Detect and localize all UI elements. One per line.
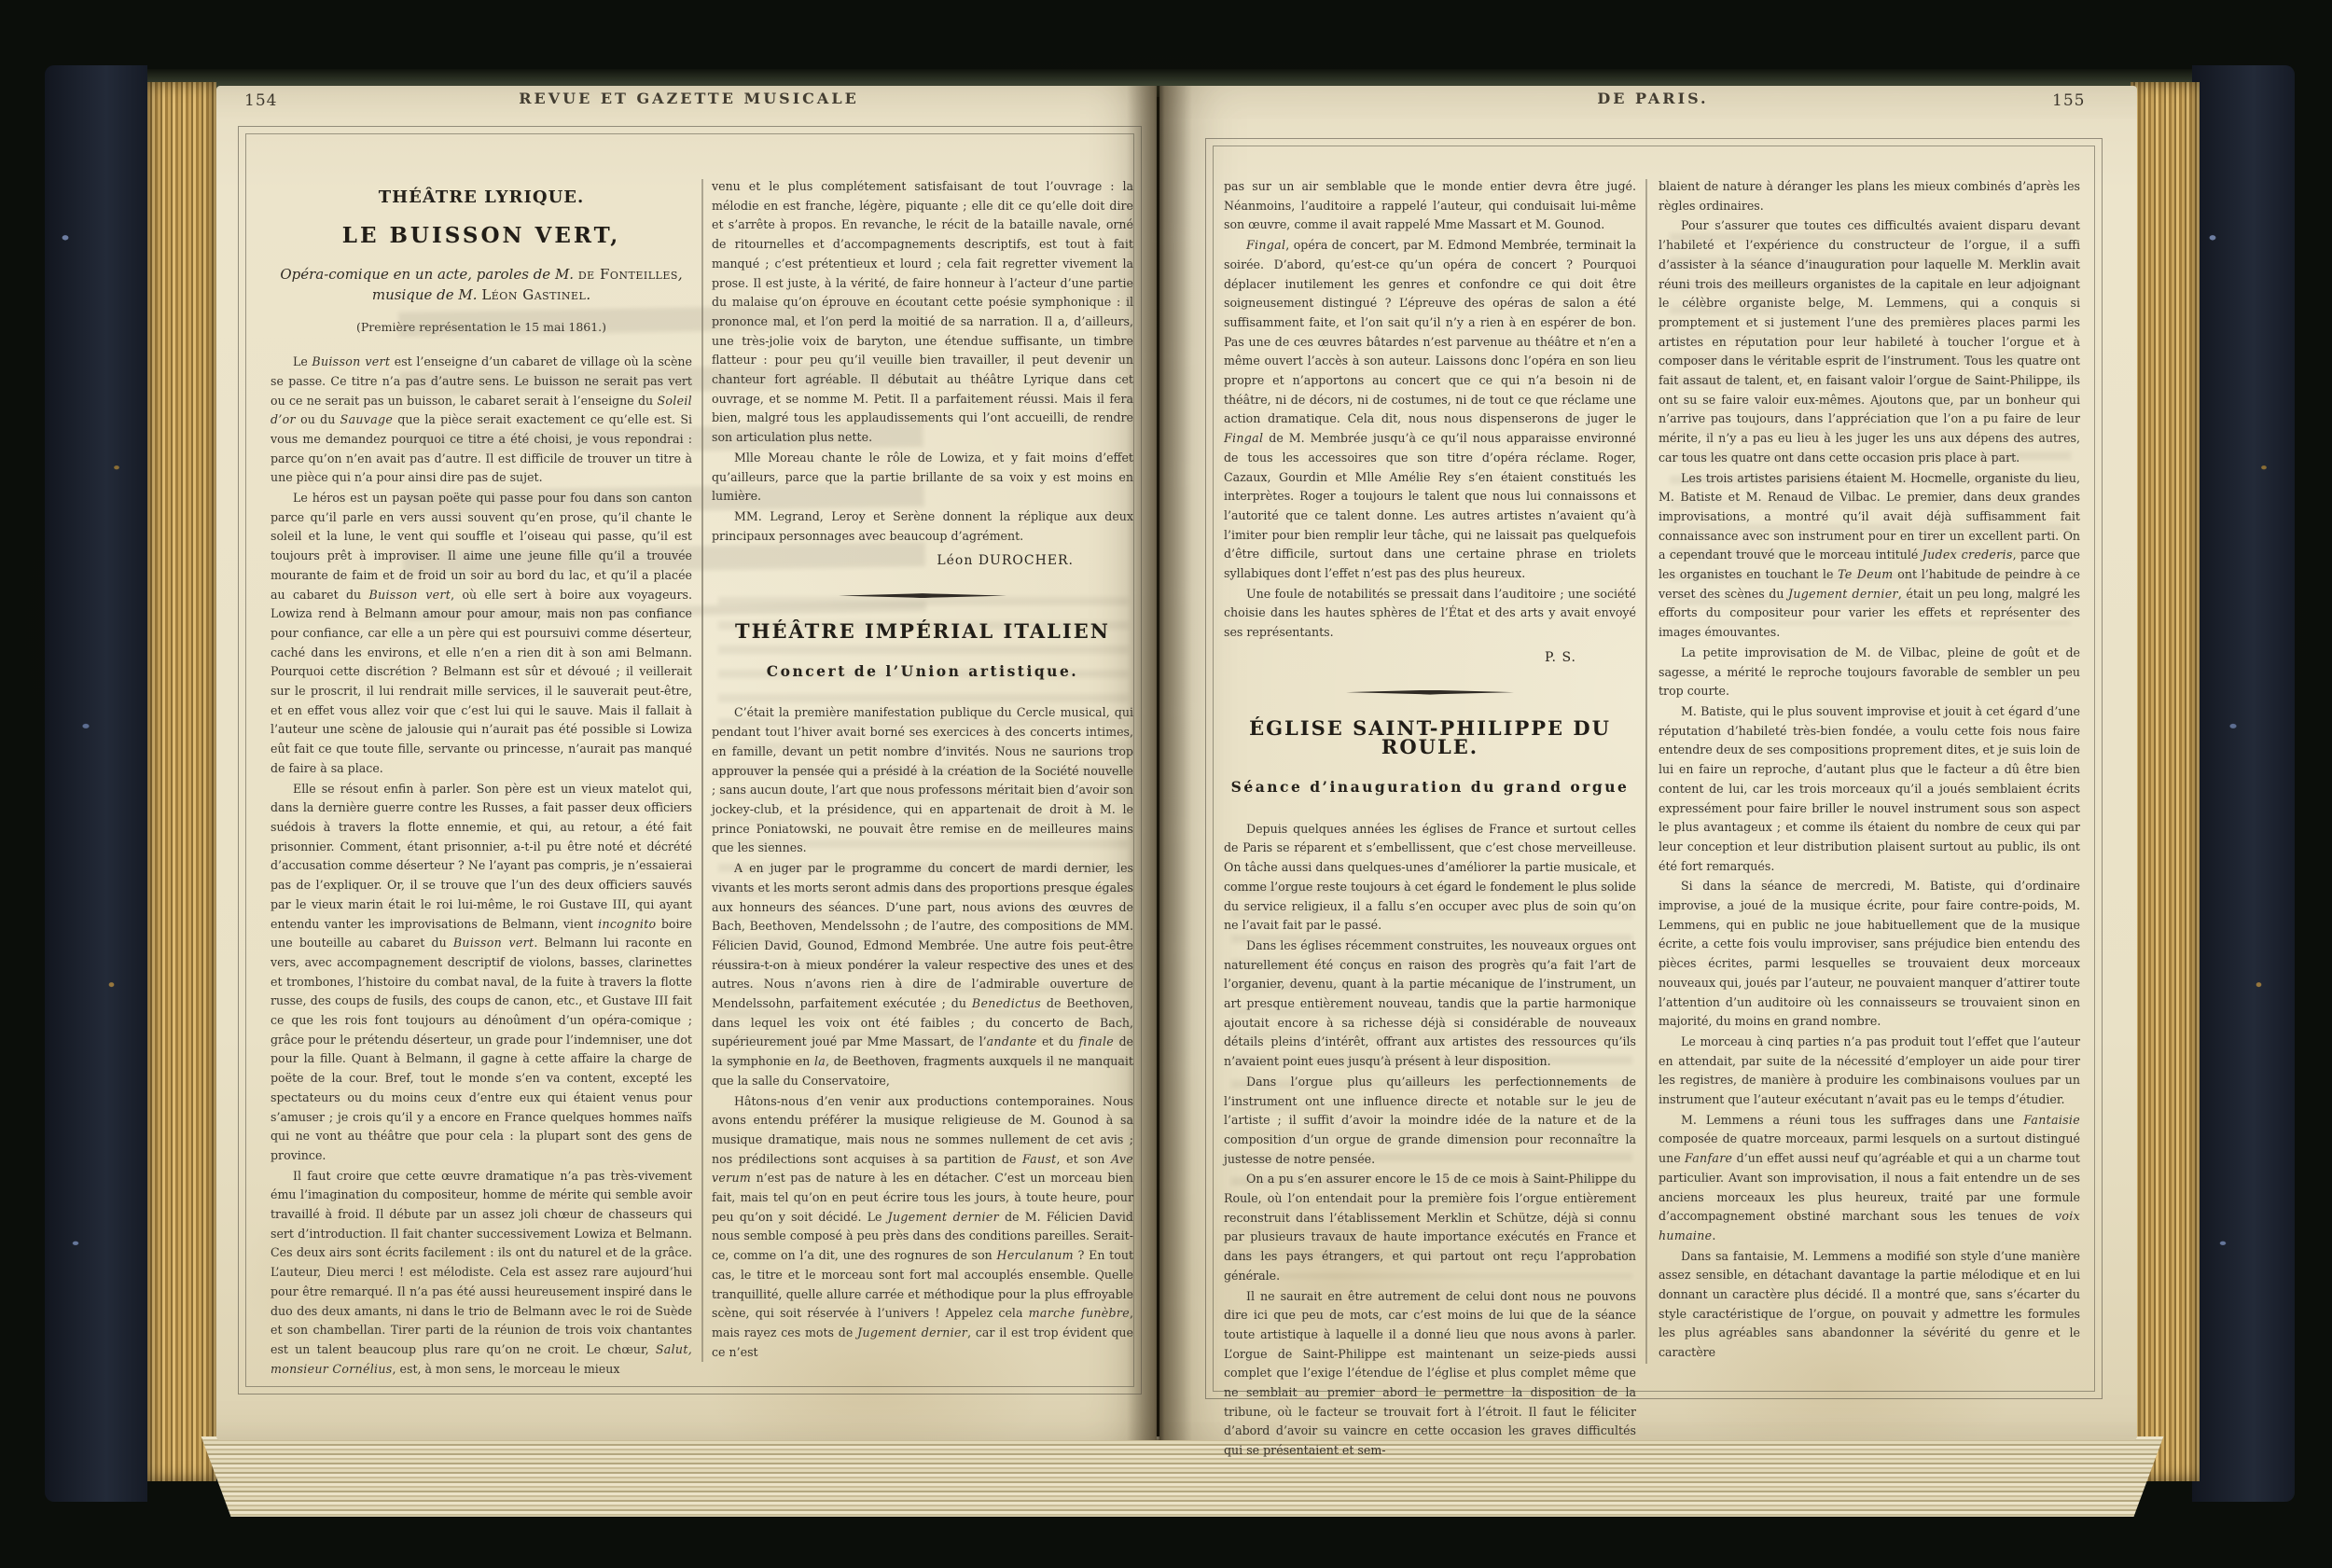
- paragraph: Les trois artistes parisiens étaient M. …: [1659, 469, 2080, 643]
- section-heading: ÉGLISE SAINT-PHILIPPE DU ROULE.: [1224, 719, 1636, 757]
- column-left-2: venu et le plus complétement satisfaisan…: [712, 177, 1133, 1362]
- section-divider: [839, 593, 1006, 598]
- paragraph: Mlle Moreau chante le rôle de Lowiza, et…: [712, 449, 1133, 506]
- column-left-1: THÉÂTRE LYRIQUE.LE BUISSON VERT,Opéra-co…: [271, 177, 692, 1379]
- premiere-note: (Première représentation le 15 mai 1861.…: [271, 318, 692, 338]
- article-kicker: THÉÂTRE LYRIQUE.: [271, 188, 692, 208]
- book-cover-left: [45, 65, 147, 1502]
- gilt-page-edges-right: [2131, 82, 2200, 1481]
- gilt-page-edges-left: [147, 82, 216, 1481]
- paragraph-continued: blaient de nature à déranger les plans l…: [1659, 177, 2080, 215]
- paragraph: Pour s’assurer que toutes ces difficulté…: [1659, 216, 2080, 467]
- paragraph: On a pu s’en assurer encore le 15 de ce …: [1224, 1170, 1636, 1285]
- running-title-left: REVUE ET GAZETTE MUSICALE: [238, 90, 1140, 107]
- paragraph-continued: pas sur un air semblable que le monde en…: [1224, 177, 1636, 235]
- paragraph: M. Batiste, qui le plus souvent improvis…: [1659, 702, 2080, 876]
- paragraph: Dans l’orgue plus qu’ailleurs les perfec…: [1224, 1073, 1636, 1170]
- paragraph: Une foule de notabilités se pressait dan…: [1224, 585, 1636, 643]
- column-right-2: blaient de nature à déranger les plans l…: [1659, 177, 2080, 1363]
- paragraph: Si dans la séance de mercredi, M. Batist…: [1659, 877, 2080, 1032]
- article-byline: Opéra-comique en un acte, paroles de M. …: [271, 264, 692, 305]
- paragraph: A en juger par le programme du concert d…: [712, 859, 1133, 1090]
- running-title-right: DE PARIS.: [1205, 90, 2101, 107]
- paragraph: Le morceau à cinq parties n’a pas produi…: [1659, 1033, 2080, 1110]
- paragraph: Hâtons-nous d’en venir aux productions c…: [712, 1092, 1133, 1363]
- section-heading: THÉÂTRE IMPÉRIAL ITALIEN: [712, 622, 1133, 642]
- book-cover-right: [2192, 65, 2295, 1502]
- column-rule-left-page: [701, 179, 703, 1362]
- paragraph-continued: venu et le plus complétement satisfaisan…: [712, 177, 1133, 448]
- paragraph: Le héros est un paysan poëte qui passe p…: [271, 489, 692, 779]
- paragraph: M. Lemmens a réuni tous les suffrages da…: [1659, 1111, 2080, 1246]
- section-subheading: Concert de l’Union artistique.: [712, 662, 1133, 682]
- paragraph: Dans sa fantaisie, M. Lemmens a modifié …: [1659, 1247, 2080, 1363]
- paragraph: Il ne saurait en être autrement de celui…: [1224, 1287, 1636, 1461]
- signature: Léon DUROCHER.: [712, 551, 1133, 571]
- paragraph: MM. Legrand, Leroy et Serène donnent la …: [712, 507, 1133, 546]
- paragraph: Il faut croire que cette œuvre dramatiqu…: [271, 1167, 692, 1380]
- column-right-1: pas sur un air semblable que le monde en…: [1224, 177, 1636, 1461]
- book-scan: 154 REVUE ET GAZETTE MUSICALE THÉÂTRE LY…: [0, 0, 2332, 1568]
- signature: P. S.: [1224, 648, 1636, 668]
- paragraph: La petite improvisation de M. de Vilbac,…: [1659, 644, 2080, 701]
- article-title: LE BUISSON VERT,: [271, 227, 692, 246]
- page-edges-bottom: [191, 1436, 2173, 1517]
- paragraph: Fingal, opéra de concert, par M. Edmond …: [1224, 236, 1636, 584]
- section-subheading: Séance d’inauguration du grand orgue: [1224, 778, 1636, 798]
- column-rule-right-page: [1645, 179, 1647, 1364]
- paragraph: Depuis quelques années les églises de Fr…: [1224, 820, 1636, 936]
- section-divider: [1346, 690, 1514, 695]
- paragraph: Dans les églises récemment construites, …: [1224, 937, 1636, 1072]
- paragraph: Le Buisson vert est l’enseigne d’un caba…: [271, 353, 692, 488]
- paragraph: C’était la première manifestation publiq…: [712, 703, 1133, 858]
- paragraph: Elle se résout enfin à parler. Son père …: [271, 780, 692, 1166]
